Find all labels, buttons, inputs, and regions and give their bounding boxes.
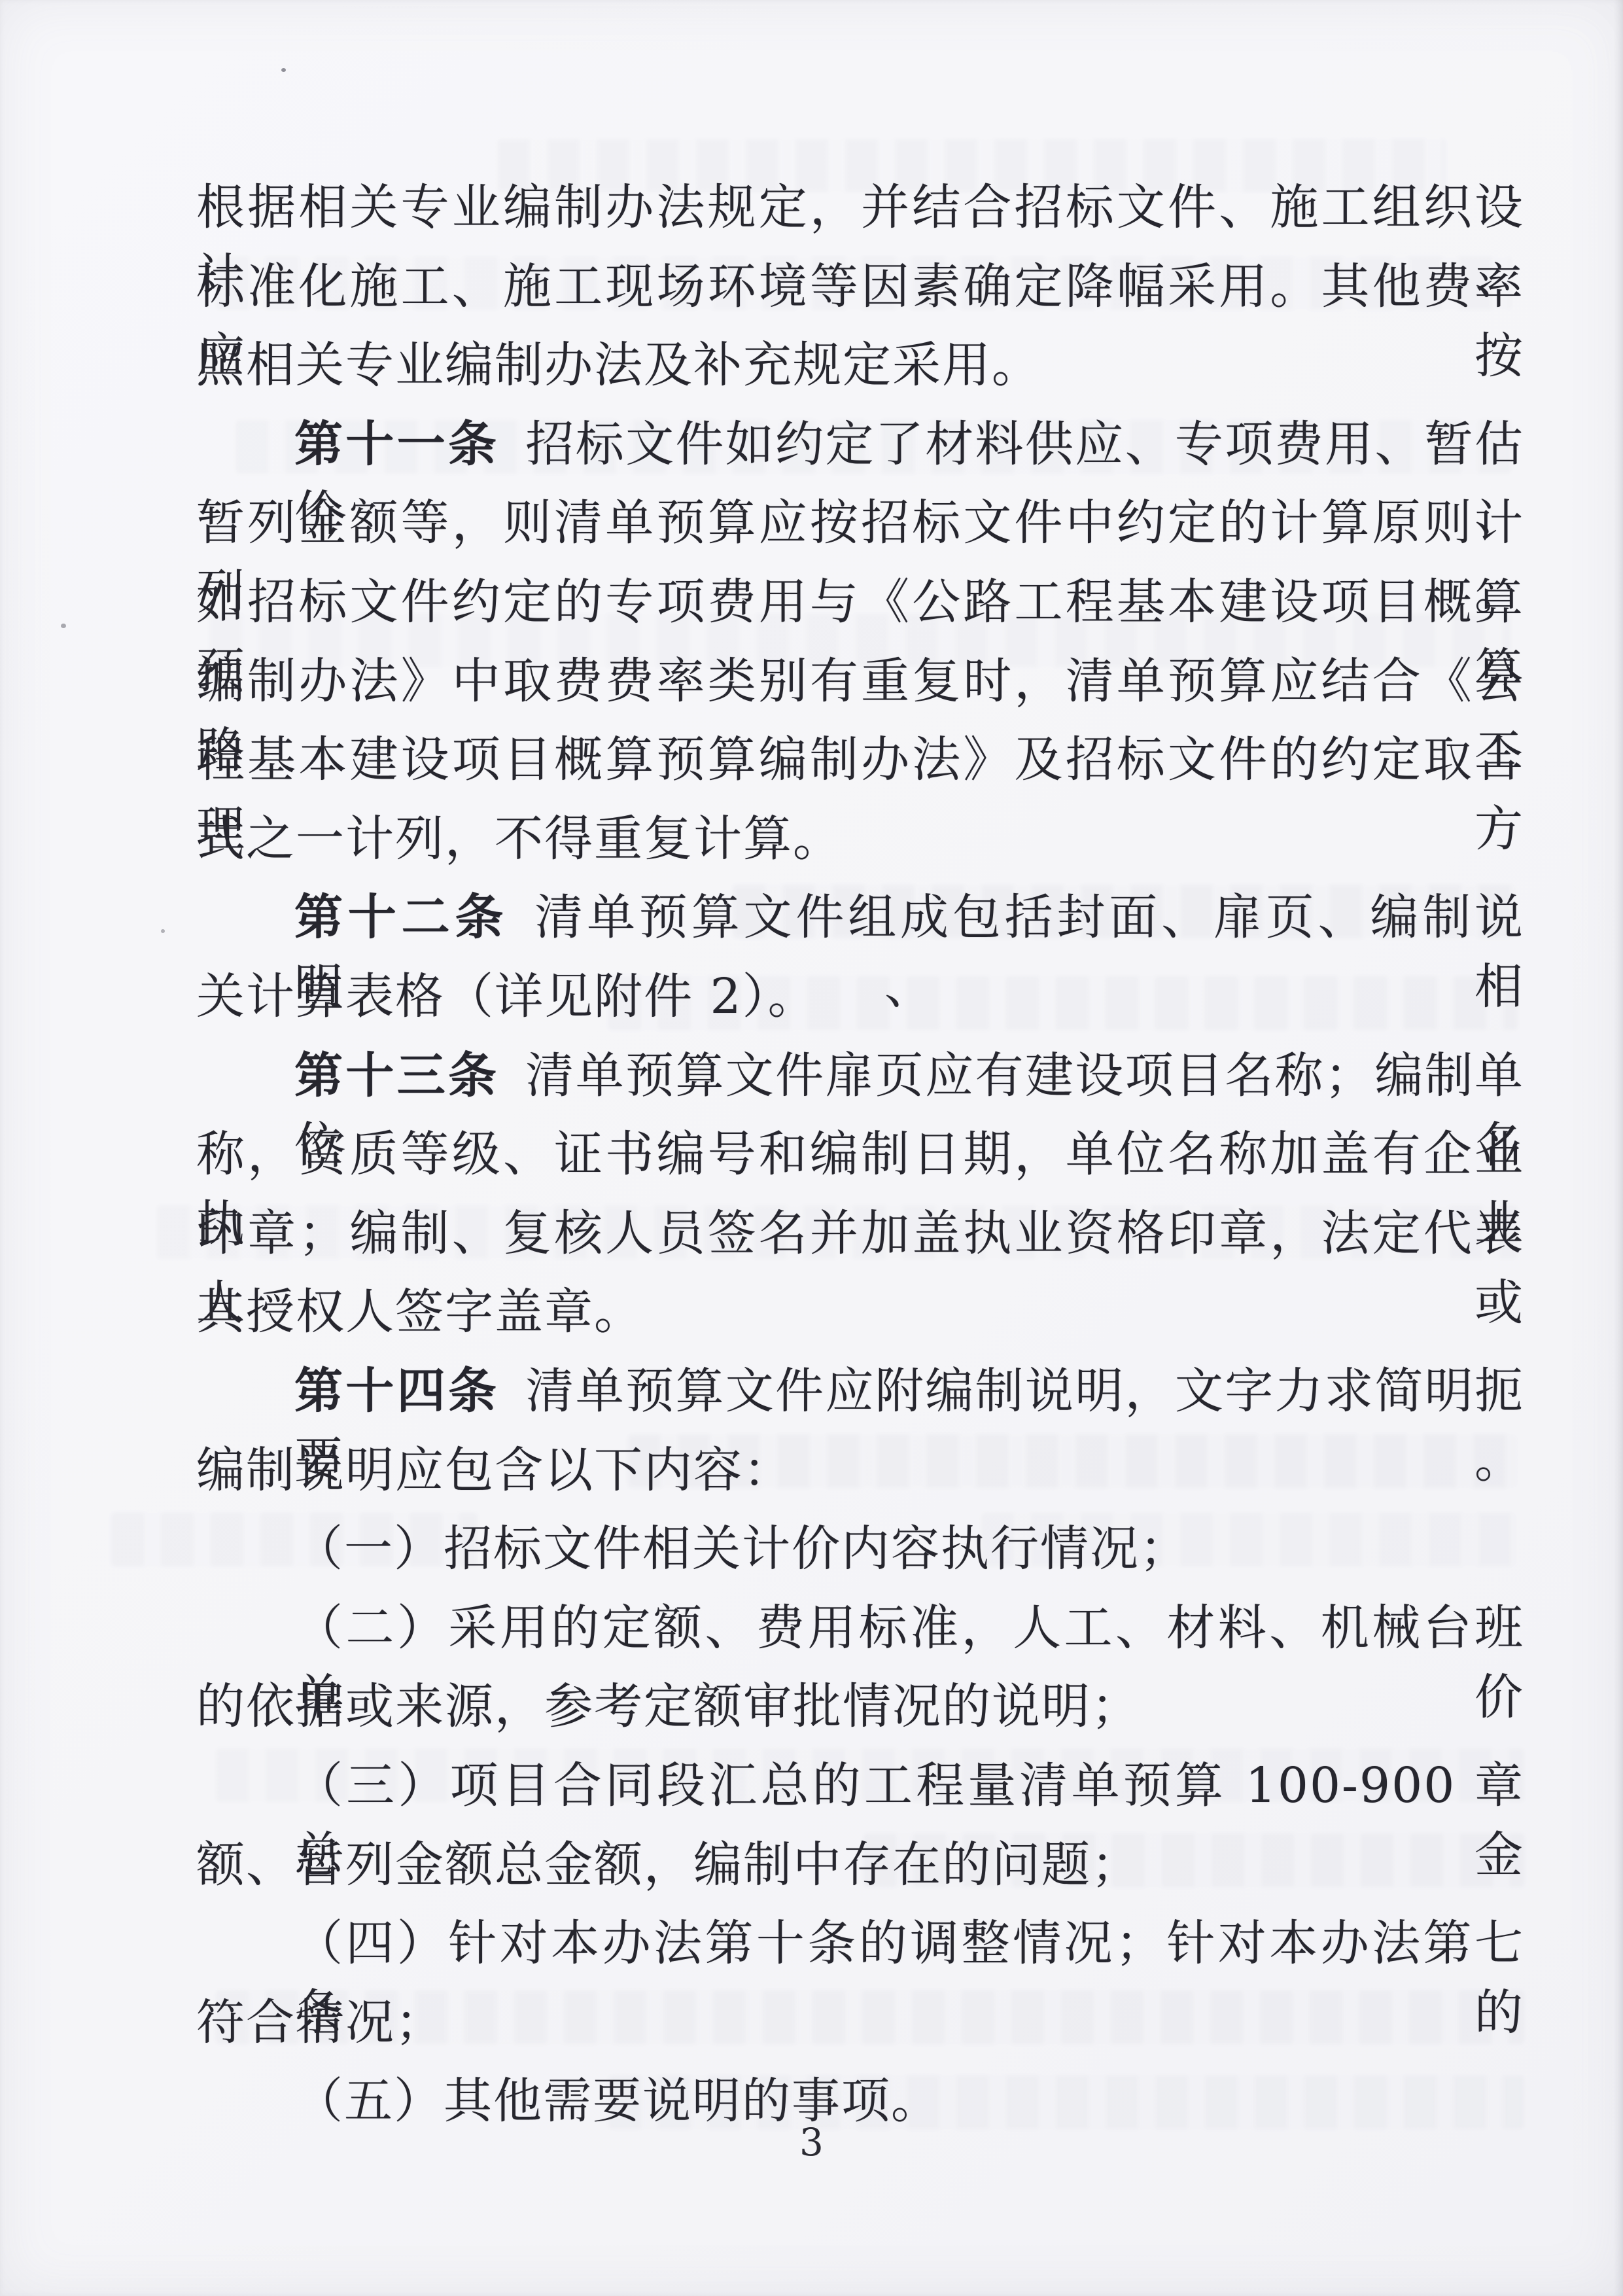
text-line: （二）采用的定额、费用标准，人工、材料、机械台班单价 [196, 1589, 1524, 1661]
text-line-content: 编制说明应包含以下内容： [196, 1442, 793, 1498]
text-line: （三）项目合同段汇总的工程量清单预算 100-900 章总金 [196, 1747, 1524, 1819]
document-body: 根据相关专业编制办法规定，并结合招标文件、施工组织设计、标准化施工、施工现场环境… [0, 0, 1623, 2296]
text-line-content: （一）招标文件相关计价内容执行情况； [294, 1521, 1189, 1577]
text-line-content: 式之一计列，不得重复计算。 [196, 811, 843, 867]
text-line-content: 其授权人签字盖章。 [196, 1284, 644, 1340]
text-line: 标准化施工、施工现场环境等因素确定降幅采用。其他费率应按 [196, 248, 1524, 320]
text-line: 额、暂列金额总金额，编制中存在的问题； [196, 1826, 1524, 1898]
scan-speck [161, 929, 165, 933]
text-line: 如招标文件约定的专项费用与《公路工程基本建设项目概算预算 [196, 563, 1524, 635]
text-line-content: 符合情况； [196, 1994, 445, 2051]
scan-edge-shadow [1614, 0, 1623, 2296]
text-line: 第十三条清单预算文件扉页应有建设项目名称；编制单位名 [196, 1037, 1524, 1109]
scanned-document-page: 根据相关专业编制办法规定，并结合招标文件、施工组织设计、标准化施工、施工现场环境… [0, 0, 1623, 2296]
text-line: 称，资质等级、证书编号和编制日期，单位名称加盖有企业执业 [196, 1116, 1524, 1188]
text-line: 根据相关专业编制办法规定，并结合招标文件、施工组织设计、 [196, 169, 1524, 241]
article-number: 第十四条 [294, 1363, 499, 1419]
text-line: 其授权人签字盖章。 [196, 1273, 1524, 1345]
text-line: 编制说明应包含以下内容： [196, 1432, 1524, 1504]
text-line-content: 额、暂列金额总金额，编制中存在的问题； [196, 1837, 1141, 1893]
text-line: 第十四条清单预算文件应附编制说明，文字力求简明扼要。 [196, 1352, 1524, 1424]
article-number: 第十二条 [294, 889, 508, 945]
scan-speck [61, 624, 66, 628]
text-line-content: 关计算表格（详见附件 2）。 [196, 968, 818, 1025]
text-line: 第十二条清单预算文件组成包括封面、扉页、编制说明、相 [196, 879, 1524, 951]
page-number: 3 [0, 2120, 1623, 2164]
text-line: （四）针对本办法第十条的调整情况；针对本办法第七条的 [196, 1905, 1524, 1977]
text-line: 关计算表格（详见附件 2）。 [196, 958, 1524, 1030]
text-line: 第十一条招标文件如约定了材料供应、专项费用、暂估价、 [196, 406, 1524, 478]
scan-speck [281, 68, 286, 72]
text-line-content: 的依据或来源，参考定额审批情况的说明； [196, 1678, 1141, 1735]
text-line: （一）招标文件相关计价内容执行情况； [196, 1510, 1524, 1582]
text-line: 印章；编制、复核人员签名并加盖执业资格印章，法定代表人或 [196, 1195, 1524, 1267]
text-line: 的依据或来源，参考定额审批情况的说明； [196, 1668, 1524, 1740]
text-line: 编制办法》中取费费率类别有重复时，清单预算应结合《公路工 [196, 643, 1524, 715]
text-line: 照相关专业编制办法及补充规定采用。 [196, 327, 1524, 398]
article-number: 第十三条 [294, 1048, 499, 1104]
text-line-content: 照相关专业编制办法及补充规定采用。 [196, 337, 1041, 393]
text-line: 暂列金额等，则清单预算应按招标文件中约定的计算原则计列。 [196, 484, 1524, 556]
text-line: 程基本建设项目概算预算编制办法》及招标文件的约定取合理方 [196, 721, 1524, 793]
article-number: 第十一条 [294, 416, 499, 472]
text-line: 式之一计列，不得重复计算。 [196, 800, 1524, 872]
text-line: 符合情况； [196, 1984, 1524, 2056]
